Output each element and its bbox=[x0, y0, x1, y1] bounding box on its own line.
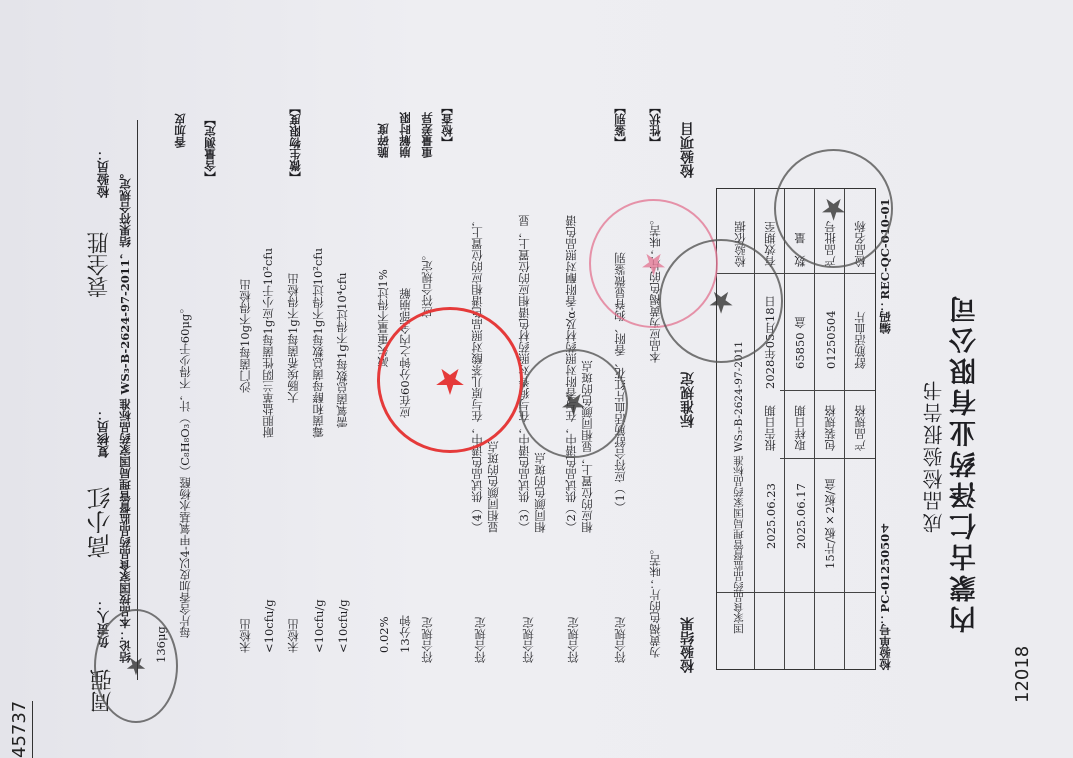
result-weight-variation: 符合规定 bbox=[419, 617, 435, 663]
standard-mold-yeast: 霉菌和酵母菌总数每1g不得过10²cfu bbox=[310, 248, 326, 438]
result-identification-4: 符合规定 bbox=[472, 617, 488, 663]
conclusion-text: 结论：本品按国家食品药品监督管理局国家药品标准 WS₃-B-2624-97-20… bbox=[117, 167, 133, 663]
sampling-date-label: 取样日期 bbox=[792, 405, 808, 451]
report-title: 成品检验报告书 bbox=[919, 379, 948, 533]
standard-salmonella: 沙门菌每10g不得检出 bbox=[237, 279, 253, 393]
inspection-no-label: 检验单号： bbox=[878, 613, 892, 671]
result-ecoli: 未检出 bbox=[285, 619, 301, 654]
conclusion-underline bbox=[137, 120, 138, 680]
result-aerobic: <10cfu/g bbox=[336, 599, 350, 653]
star-icon: ★ bbox=[820, 194, 847, 224]
header-result: 检验结果 bbox=[678, 617, 698, 673]
result-appearance: 为黄褐色的片；味苦。 bbox=[647, 543, 663, 658]
reviewer-signature: 高小红 bbox=[83, 484, 118, 561]
section-heading-identification: 【鉴别】 bbox=[612, 102, 628, 148]
header-standard: 标准规定 bbox=[678, 372, 698, 428]
result-identification-1: 符合规定 bbox=[612, 617, 628, 663]
inspection-number: 检验单号：PC-0125050４ bbox=[877, 522, 893, 670]
reviewer-label: 复核员： bbox=[95, 408, 113, 458]
standard-weight-variation: 应符合规定。 bbox=[419, 249, 435, 318]
scanned-document-background: 内蒙古仁泽药业有限公司 成品检验报告书 检验单号：PC-0125050４ 编码：… bbox=[0, 0, 1073, 758]
standard-aerobic: 需氧菌总数每1g不得过10⁴cfu bbox=[334, 272, 350, 428]
star-icon: ★ bbox=[434, 362, 466, 398]
section-heading-assay: 【含量测定】 bbox=[202, 114, 218, 183]
result-identification-2: 符合规定 bbox=[565, 617, 581, 663]
star-icon: ★ bbox=[640, 249, 667, 279]
product-spec-label: 产品规格 bbox=[852, 405, 868, 451]
star-icon: ★ bbox=[560, 389, 587, 419]
company-name: 内蒙古仁泽药业有限公司 bbox=[946, 292, 985, 633]
section-heading-microbial: 【微生物限度】 bbox=[287, 103, 303, 184]
result-salmonella: 未检出 bbox=[237, 619, 253, 654]
product-name: 舒筋活血片 bbox=[852, 312, 868, 370]
result-identification-3: 符合规定 bbox=[520, 617, 536, 663]
quantity-value: 65850 盒 bbox=[792, 317, 808, 369]
inspector-label: 检验员： bbox=[95, 148, 113, 198]
handwritten-number-top: 12018 bbox=[1012, 646, 1033, 703]
rotated-report-page: 内蒙古仁泽药业有限公司 成品检验报告书 检验单号：PC-0125050４ 编码：… bbox=[0, 0, 1073, 758]
package-label: 包装规格 bbox=[822, 405, 838, 451]
section-heading-tests: 【检查】 bbox=[439, 102, 455, 148]
sampling-date: 2025.06.17 bbox=[794, 483, 808, 549]
assay-item: 香加皮 bbox=[172, 114, 188, 149]
inspector-signature: 袁全胜 bbox=[84, 232, 115, 298]
star-icon: ★ bbox=[125, 654, 147, 678]
package-spec: 15片/板×2板/盒 bbox=[822, 479, 838, 569]
batch-number: 01250504 bbox=[824, 310, 838, 369]
result-friability: 0.02% bbox=[377, 616, 391, 653]
code-label: 编码： bbox=[878, 300, 892, 335]
section-heading-appearance: 【性状】 bbox=[647, 102, 663, 148]
inspection-no-value: PC-0125050４ bbox=[878, 522, 892, 612]
basis-value: 国家食品药品监督管理局国家药品标准 WS₃-B-2624-97-2011 bbox=[731, 341, 746, 634]
result-mold-yeast: <10cfu/g bbox=[312, 599, 326, 653]
result-bile-tolerant: <10cfu/g bbox=[262, 599, 276, 653]
standard-assay: 每片含香加皮以4-甲氧基水杨醛（C₈H₈O₃）计，不得少于60μg。 bbox=[177, 228, 193, 638]
test-weight-variation: 重量差异 bbox=[419, 112, 435, 158]
test-friability: 脆碎度 bbox=[375, 124, 391, 159]
grey-stamp-identification: ★ bbox=[519, 349, 628, 458]
grey-stamp-overlap: ★ bbox=[659, 239, 783, 363]
grey-stamp-inspection: ★ bbox=[774, 149, 893, 268]
standard-bile-tolerant: 耐胆盐革兰阴性菌每1g应小于10²cfu bbox=[260, 248, 276, 438]
star-icon: ★ bbox=[708, 286, 735, 316]
standard-ecoli: 大肠埃希菌每1g不得检出 bbox=[285, 273, 301, 403]
grey-stamp-conclusion: ★ bbox=[94, 609, 178, 723]
result-disintegration: 13分钟 bbox=[397, 615, 413, 653]
red-quality-stamp: ★ bbox=[377, 307, 523, 453]
test-disintegration: 崩解时限 bbox=[397, 112, 413, 158]
header-item: 检验项目 bbox=[678, 122, 698, 178]
report-date: 2025.06.23 bbox=[764, 483, 778, 549]
report-date-label: 报告日期 bbox=[762, 405, 778, 451]
handwritten-number-bottom: 45737 bbox=[9, 701, 33, 758]
